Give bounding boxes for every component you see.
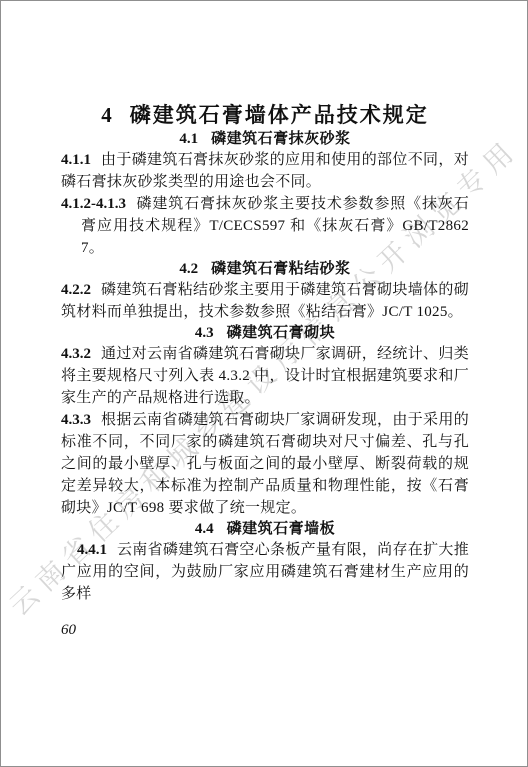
clause-4-3-2: 4.3.2通过对云南省磷建筑石膏砌块厂家调研，经统计、归类将主要规格尺寸列入表 … <box>61 343 469 409</box>
section-number: 4.3 <box>195 325 214 341</box>
clause-text: 云南省磷建筑石膏空心条板产量有限，尚存在扩大推广应用的空间，为鼓励厂家应用磷建筑… <box>61 542 469 602</box>
section-number: 4.2 <box>179 261 198 277</box>
section-title-text: 磷建筑石膏抹灰砂浆 <box>211 131 351 147</box>
clause-4-1-2-4-1-3: 4.1.2-4.1.3磷建筑石膏抹灰砂浆主要技术参数参照《抹灰石膏应用技术规程》… <box>61 193 469 259</box>
section-number: 4.4 <box>195 521 214 537</box>
section-title-text: 磷建筑石膏砌块 <box>227 325 336 341</box>
clause-text: 根据云南省磷建筑石膏砌块厂家调研发现，由于采用的标准不同，不同厂家的磷建筑石膏砌… <box>61 412 469 516</box>
section-heading-4-1: 4.1磷建筑石膏抹灰砂浆 <box>61 129 469 149</box>
section-title-text: 磷建筑石膏粘结砂浆 <box>211 261 351 277</box>
clause-4-1-1: 4.1.1由于磷建筑石膏抹灰砂浆的应用和使用的部位不同，对磷石膏抹灰砂浆类型的用… <box>61 149 469 193</box>
clause-text: 磷建筑石膏抹灰砂浆主要技术参数参照《抹灰石膏应用技术规程》T/CECS597 和… <box>81 196 469 256</box>
chapter-title: 4磷建筑石膏墙体产品技术规定 <box>61 101 469 129</box>
clause-number: 4.3.2 <box>61 346 91 362</box>
clause-number: 4.2.2 <box>61 282 91 298</box>
clause-text: 通过对云南省磷建筑石膏砌块厂家调研，经统计、归类将主要规格尺寸列入表 4.3.2… <box>61 346 469 406</box>
page-number: 60 <box>61 619 469 641</box>
chapter-title-text: 磷建筑石膏墙体产品技术规定 <box>130 103 429 127</box>
section-heading-4-3: 4.3磷建筑石膏砌块 <box>61 323 469 343</box>
section-title-text: 磷建筑石膏墙板 <box>227 521 336 537</box>
section-heading-4-4: 4.4磷建筑石膏墙板 <box>61 519 469 539</box>
clause-number: 4.3.3 <box>61 412 91 428</box>
clause-number: 4.1.2-4.1.3 <box>61 196 126 212</box>
clause-number: 4.1.1 <box>61 152 91 168</box>
section-heading-4-2: 4.2磷建筑石膏粘结砂浆 <box>61 259 469 279</box>
clause-number: 4.4.1 <box>77 542 107 558</box>
clause-text: 由于磷建筑石膏抹灰砂浆的应用和使用的部位不同，对磷石膏抹灰砂浆类型的用途也会不同… <box>61 152 469 190</box>
clause-4-2-2: 4.2.2磷建筑石膏粘结砂浆主要用于磷建筑石膏砌块墙体的砌筑材料而单独提出，技术… <box>61 279 469 323</box>
section-number: 4.1 <box>179 131 198 147</box>
clause-text: 磷建筑石膏粘结砂浆主要用于磷建筑石膏砌块墙体的砌筑材料而单独提出，技术参数参照《… <box>61 282 469 320</box>
chapter-number: 4 <box>101 103 112 127</box>
clause-4-3-3: 4.3.3根据云南省磷建筑石膏砌块厂家调研发现，由于采用的标准不同，不同厂家的磷… <box>61 409 469 519</box>
clause-4-4-1: 4.4.1云南省磷建筑石膏空心条板产量有限，尚存在扩大推广应用的空间，为鼓励厂家… <box>61 539 469 605</box>
document-page: 云南省住房和城乡建设厅信息公开浏览专用 4磷建筑石膏墙体产品技术规定 4.1磷建… <box>0 0 528 767</box>
page-content: 4磷建筑石膏墙体产品技术规定 4.1磷建筑石膏抹灰砂浆 4.1.1由于磷建筑石膏… <box>1 101 527 641</box>
